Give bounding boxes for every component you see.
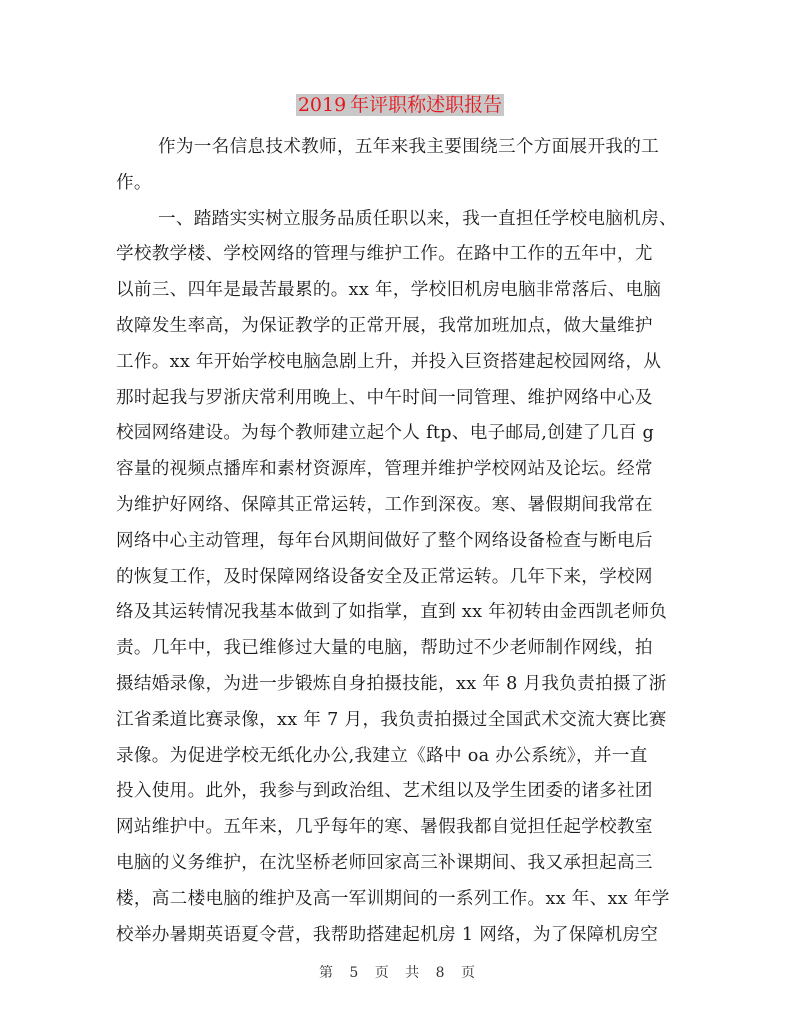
text-line: 楼，高二楼电脑的维护及高一军训期间的一系列工作。xx 年、xx 年学 bbox=[116, 882, 686, 918]
text-line: 以前三、四年是最苦最累的。xx 年，学校旧机房电脑非常落后、电脑 bbox=[116, 273, 686, 309]
paragraph-section-one: 一、踏踏实实树立服务品质任职以来，我一直担任学校电脑机房、 学校教学楼、学校网络… bbox=[116, 202, 686, 954]
text-line: 工作。xx 年开始学校电脑急剧上升，并投入巨资搭建起校园网络，从 bbox=[116, 345, 686, 381]
text-line: 责。几年中，我已维修过大量的电脑，帮助过不少老师制作网线，拍 bbox=[116, 631, 686, 667]
text-line: 摄结婚录像，为进一步锻炼自身拍摄技能，xx 年 8 月我负责拍摄了浙 bbox=[116, 667, 686, 703]
text-line: 录像。为促进学校无纸化办公,我建立《路中 oa 办公系统》，并一直 bbox=[116, 739, 686, 775]
document-title: 2019年评职称述职报告 bbox=[0, 92, 800, 118]
text-line: 校举办暑期英语夏令营，我帮助搭建起机房 1 网络，为了保障机房空 bbox=[116, 918, 686, 954]
text-line: 网站维护中。五年来，几乎每年的寒、暑假我都自觉担任起学校教室 bbox=[116, 810, 686, 846]
text-line: 江省柔道比赛录像，xx 年 7 月，我负责拍摄过全国武术交流大赛比赛 bbox=[116, 703, 686, 739]
text-line: 电脑的义务维护，在沈坚桥老师回家高三补课期间、我又承担起高三 bbox=[116, 846, 686, 882]
text-line: 的恢复工作，及时保障网络设备安全及正常运转。几年下来，学校网 bbox=[116, 560, 686, 596]
text-line: 投入使用。此外，我参与到政治组、艺术组以及学生团委的诸多社团 bbox=[116, 774, 686, 810]
text-line: 故障发生率高，为保证教学的正常开展，我常加班加点，做大量维护 bbox=[116, 309, 686, 345]
text-line: 为维护好网络、保障其正常运转，工作到深夜。寒、暑假期间我常在 bbox=[116, 488, 686, 524]
text-line: 校园网络建设。为每个教师建立起个人 ftp、电子邮局,创建了几百 g bbox=[116, 416, 686, 452]
title-year: 2019 bbox=[296, 94, 348, 116]
text-line: 一、踏踏实实树立服务品质任职以来，我一直担任学校电脑机房、 bbox=[116, 202, 686, 238]
document-body: 作为一名信息技术教师，五年来我主要围绕三个方面展开我的工 作。 一、踏踏实实树立… bbox=[116, 130, 686, 953]
document-page: 2019年评职称述职报告 作为一名信息技术教师，五年来我主要围绕三个方面展开我的… bbox=[0, 0, 800, 1036]
text-line: 络及其运转情况我基本做到了如指掌，直到 xx 年初转由金西凯老师负 bbox=[116, 595, 686, 631]
text-line: 作为一名信息技术教师，五年来我主要围绕三个方面展开我的工 bbox=[116, 130, 686, 166]
text-line: 网络中心主动管理，每年台风期间做好了整个网络设备检查与断电后 bbox=[116, 524, 686, 560]
text-line: 那时起我与罗浙庆常利用晚上、中午时间一同管理、维护网络中心及 bbox=[116, 381, 686, 417]
text-line: 作。 bbox=[116, 166, 686, 202]
paragraph-intro: 作为一名信息技术教师，五年来我主要围绕三个方面展开我的工 作。 bbox=[116, 130, 686, 202]
page-footer: 第 5 页 共 8 页 bbox=[0, 962, 800, 982]
title-text: 年评职称述职报告 bbox=[348, 94, 504, 116]
text-line: 容量的视频点播库和素材资源库，管理并维护学校网站及论坛。经常 bbox=[116, 452, 686, 488]
text-line: 学校教学楼、学校网络的管理与维护工作。在路中工作的五年中，尤 bbox=[116, 237, 686, 273]
